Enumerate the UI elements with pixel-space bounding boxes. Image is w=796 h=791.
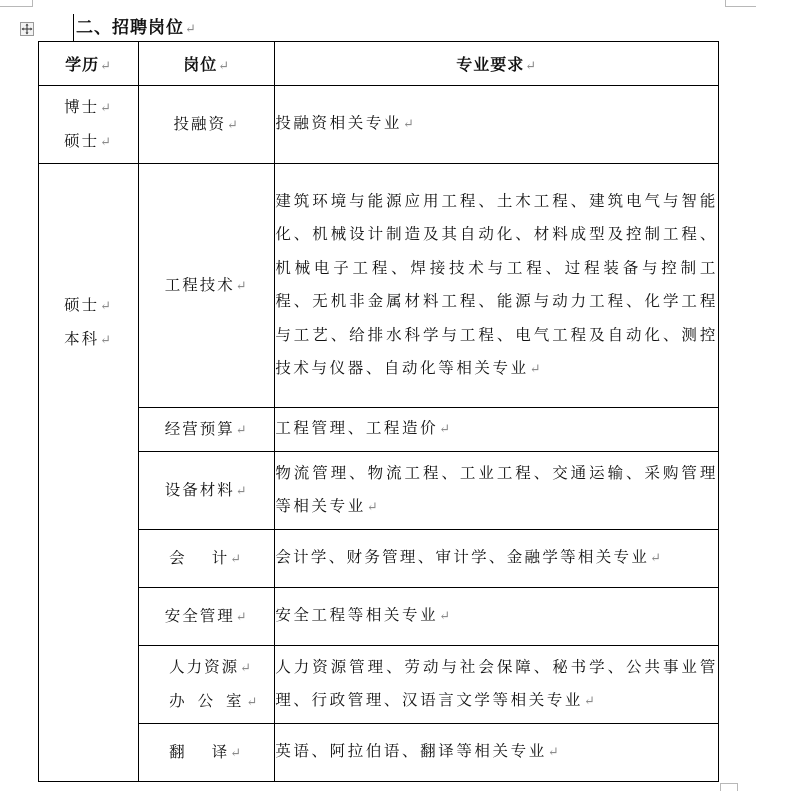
education-label: 硕士 [64,296,99,314]
position-label: 投融资 [174,115,227,133]
paragraph-mark-icon: ↵ [230,746,243,761]
paragraph-mark-icon: ↵ [236,610,249,625]
requirement-text: 物流管理、物流工程、工业工程、交通运输、采购管理等相关专业 [275,464,718,516]
paragraph-mark-icon: ↵ [218,59,230,74]
paragraph-mark-icon: ↵ [240,661,253,676]
header-label: 专业要求 [456,55,524,74]
table-row: 安全管理↵ 安全工程等相关专业↵ [39,588,719,646]
education-label: 本科 [64,330,99,348]
section-heading[interactable]: 二、招聘岗位↵ [76,16,197,42]
position-label: 经营预算 [165,420,235,438]
paragraph-mark-icon: ↵ [100,299,113,314]
paragraph-mark-icon: ↵ [236,484,249,499]
position-cell[interactable]: 投融资↵ [139,86,275,164]
requirement-cell[interactable]: 人力资源管理、劳动与社会保障、秘书学、公共事业管理、行政管理、汉语言文学等相关专… [275,646,719,724]
paragraph-mark-icon: ↵ [236,423,249,438]
position-label: 计 [212,549,230,567]
education-cell[interactable]: 博士↵ 硕士↵ [39,86,139,164]
position-label: 安全管理 [165,607,235,625]
requirement-text: 人力资源管理、劳动与社会保障、秘书学、公共事业管理、行政管理、汉语言文学等相关专… [275,658,718,710]
header-label: 学历 [65,55,99,74]
table-row: 人力资源↵ 办 公 室↵ 人力资源管理、劳动与社会保障、秘书学、公共事业管理、行… [39,646,719,724]
paragraph-mark-icon: ↵ [584,694,598,709]
paragraph-mark-icon: ↵ [100,59,112,74]
recruitment-positions-table: 学历↵ 岗位↵ 专业要求↵ 博士↵ 硕士↵ 投融资↵ 投融资相关专业↵ 硕士↵ … [38,41,719,782]
position-cell[interactable]: 工程技术↵ [139,164,275,408]
requirement-cell[interactable]: 安全工程等相关专业↵ [275,588,719,646]
text-cursor [73,14,74,41]
requirement-cell[interactable]: 工程管理、工程造价↵ [275,408,719,452]
page-corner-mark-bottom-right [720,783,738,791]
requirement-cell[interactable]: 建筑环境与能源应用工程、土木工程、建筑电气与智能化、机械设计制造及其自动化、材料… [275,164,719,408]
table-row: 硕士↵ 本科↵ 工程技术↵ 建筑环境与能源应用工程、土木工程、建筑电气与智能化、… [39,164,719,408]
table-header-row: 学历↵ 岗位↵ 专业要求↵ [39,42,719,86]
table-row: 会计↵ 会计学、财务管理、审计学、金融学等相关专业↵ [39,530,719,588]
header-requirements[interactable]: 专业要求↵ [275,42,719,86]
header-label: 岗位 [183,55,217,74]
paragraph-mark-icon: ↵ [236,279,249,294]
requirement-text: 工程管理、工程造价 [275,419,438,437]
position-cell[interactable]: 经营预算↵ [139,408,275,452]
requirement-text: 会计学、财务管理、审计学、金融学等相关专业 [275,548,649,566]
position-label: 会 [169,542,187,576]
paragraph-mark-icon: ↵ [525,59,537,74]
requirement-cell[interactable]: 物流管理、物流工程、工业工程、交通运输、采购管理等相关专业↵ [275,452,719,530]
position-cell[interactable]: 翻译↵ [139,724,275,782]
paragraph-mark-icon: ↵ [247,695,262,710]
table-row: 翻译↵ 英语、阿拉伯语、翻译等相关专业↵ [39,724,719,782]
paragraph-mark-icon: ↵ [367,500,381,515]
four-way-arrow-icon [21,23,33,35]
paragraph-mark-icon: ↵ [100,333,113,348]
paragraph-mark-icon: ↵ [530,362,544,377]
table-row: 经营预算↵ 工程管理、工程造价↵ [39,408,719,452]
position-cell[interactable]: 设备材料↵ [139,452,275,530]
paragraph-mark-icon: ↵ [439,422,453,437]
page-corner-mark-top-right [725,0,756,7]
paragraph-mark-icon: ↵ [100,135,113,150]
paragraph-mark-icon: ↵ [548,745,562,760]
requirement-text: 建筑环境与能源应用工程、土木工程、建筑电气与智能化、机械设计制造及其自动化、材料… [275,192,718,378]
education-label: 博士 [64,98,99,116]
paragraph-mark-icon: ↵ [185,22,197,37]
requirement-cell[interactable]: 投融资相关专业↵ [275,86,719,164]
position-label: 设备材料 [165,481,235,499]
page-corner-mark-top-left [0,0,33,7]
position-label: 办 公 室 [169,692,245,710]
table-row: 设备材料↵ 物流管理、物流工程、工业工程、交通运输、采购管理等相关专业↵ [39,452,719,530]
education-cell[interactable]: 硕士↵ 本科↵ [39,164,139,782]
position-label: 翻 [169,736,187,770]
position-cell[interactable]: 人力资源↵ 办 公 室↵ [139,646,275,724]
paragraph-mark-icon: ↵ [227,118,240,133]
paragraph-mark-icon: ↵ [650,551,663,566]
requirement-cell[interactable]: 会计学、财务管理、审计学、金融学等相关专业↵ [275,530,719,588]
position-label: 译 [212,743,230,761]
header-position[interactable]: 岗位↵ [139,42,275,86]
table-row: 博士↵ 硕士↵ 投融资↵ 投融资相关专业↵ [39,86,719,164]
table-move-handle-icon[interactable] [20,22,34,36]
education-label: 硕士 [64,132,99,150]
requirement-cell[interactable]: 英语、阿拉伯语、翻译等相关专业↵ [275,724,719,782]
paragraph-mark-icon: ↵ [100,101,113,116]
requirement-text: 投融资相关专业 [275,114,402,132]
paragraph-mark-icon: ↵ [230,552,243,567]
position-label: 工程技术 [165,276,235,294]
position-label: 人力资源 [169,658,239,676]
paragraph-mark-icon: ↵ [439,609,453,624]
requirement-text: 英语、阿拉伯语、翻译等相关专业 [275,742,547,760]
paragraph-mark-icon: ↵ [403,117,417,132]
position-cell[interactable]: 安全管理↵ [139,588,275,646]
heading-text: 二、招聘岗位 [76,18,184,38]
header-education[interactable]: 学历↵ [39,42,139,86]
position-cell[interactable]: 会计↵ [139,530,275,588]
requirement-text: 安全工程等相关专业 [275,606,438,624]
